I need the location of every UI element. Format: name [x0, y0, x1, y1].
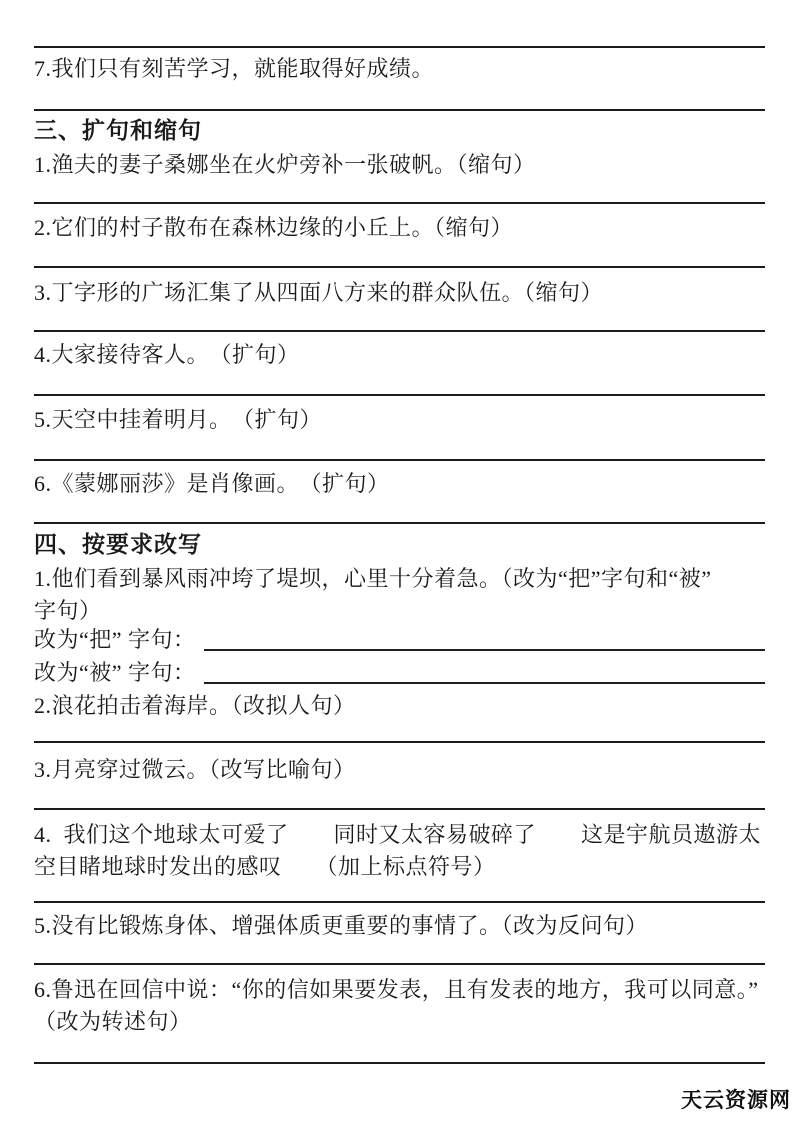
worksheet-page: 7.我们只有刻苦学习，就能取得好成绩。 三、扩句和缩句 1.渔夫的妻子桑娜坐在火… [0, 0, 793, 1122]
separator-rule [34, 522, 765, 524]
question-text-s3-4: 4.大家接待客人。 （扩句） [34, 341, 765, 369]
question-text-s4-5: 5.没有比锻炼身体、增强体质更重要的事情了。（改为反问句） [34, 912, 765, 940]
question-text-s3-5: 5.天空中挂着明月。 （扩句） [34, 406, 765, 434]
question-text-s4-1-line2: 字句） [34, 597, 765, 625]
separator-rule [34, 46, 765, 48]
question-text-s3-6: 6.《蒙娜丽莎》是肖像画。 （扩句） [34, 470, 765, 498]
separator-rule [34, 394, 765, 396]
answer-blank-row-bei: 改为“被” 字句： [34, 659, 765, 687]
separator-rule [34, 202, 765, 204]
question-text-s3-1: 1.渔夫的妻子桑娜坐在火炉旁补一张破帆。（缩句） [34, 151, 765, 179]
question-text-s4-4-line1: 4. 我们这个地球太可爱了 同时又太容易破碎了 这是宇航员遨游太 [34, 821, 765, 849]
separator-rule [34, 459, 765, 461]
question-text-intro-7: 7.我们只有刻苦学习，就能取得好成绩。 [34, 55, 765, 83]
answer-blank-row-ba: 改为“把” 字句： [34, 626, 765, 654]
question-text-s3-3: 3.丁字形的广场汇集了从四面八方来的群众队伍。（缩句） [34, 279, 765, 307]
question-text-s4-4-line2: 空目睹地球时发出的感叹 （加上标点符号） [34, 853, 765, 881]
separator-rule [34, 330, 765, 332]
section-heading-three: 三、扩句和缩句 [34, 117, 765, 145]
separator-rule [34, 1062, 765, 1064]
question-text-s3-2: 2.它们的村子散布在森林边缘的小丘上。（缩句） [34, 214, 765, 242]
ba-sentence-label: 改为“把” 字句： [34, 626, 196, 654]
question-text-s4-1-line1: 1.他们看到暴风雨冲垮了堤坝，心里十分着急。（改为“把”字句和“被” [34, 565, 765, 593]
separator-rule [34, 963, 765, 965]
question-text-s4-2: 2.浪花拍击着海岸。（改拟人句） [34, 692, 765, 720]
bei-sentence-label: 改为“被” 字句： [34, 659, 196, 687]
separator-rule [34, 901, 765, 903]
watermark-logo: 天云资源网 [681, 1084, 791, 1114]
answer-blank-underline [204, 682, 765, 684]
section-heading-four: 四、按要求改写 [34, 531, 765, 559]
separator-rule [34, 741, 765, 743]
separator-rule [34, 266, 765, 268]
question-text-s4-6-line2: （改为转述句） [34, 1008, 765, 1036]
answer-blank-underline [204, 649, 765, 651]
question-text-s4-6-line1: 6.鲁迅在回信中说：“你的信如果要发表，且有发表的地方，我可以同意。” [34, 976, 765, 1004]
separator-rule [34, 808, 765, 810]
question-text-s4-3: 3.月亮穿过微云。（改写比喻句） [34, 756, 765, 784]
separator-rule [34, 109, 765, 111]
